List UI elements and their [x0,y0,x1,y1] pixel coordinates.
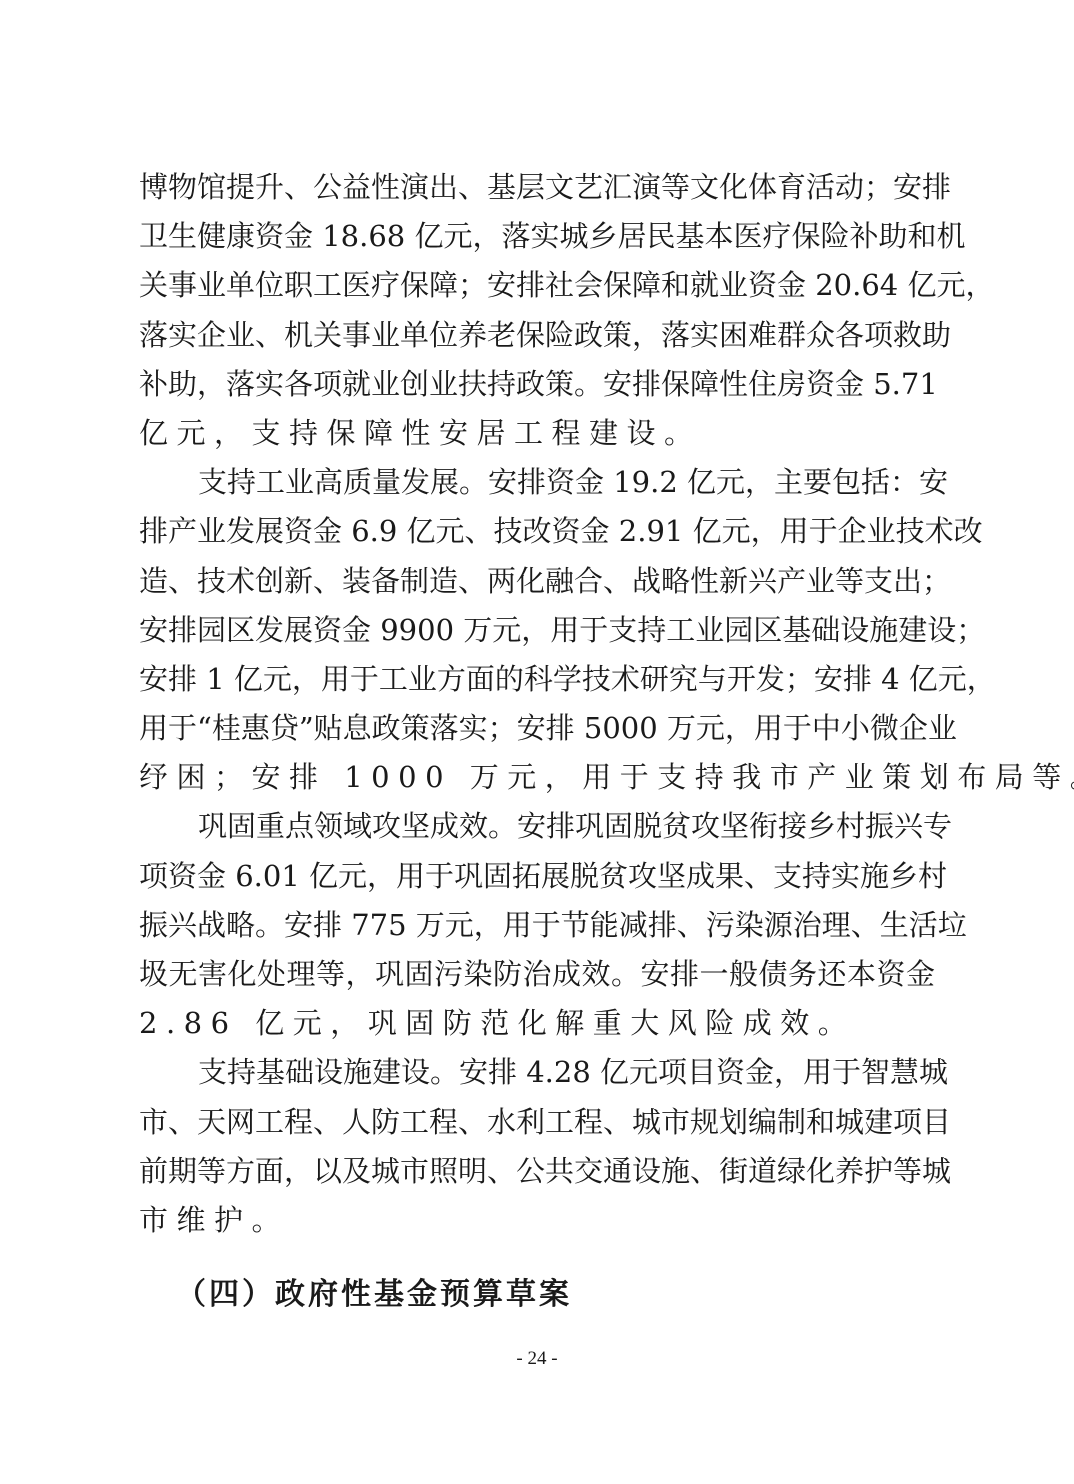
text-line: 造、技术创新、装备制造、两化融合、战略性新兴产业等支出； [139,557,935,606]
text-line: 安排 1 亿元，用于工业方面的科学技术研究与开发；安排 4 亿元， [139,655,935,704]
paragraph-support-industry-development: 支持工业高质量发展。安排资金 19.2 亿元，主要包括：安 排产业发展资金 6.… [139,458,935,802]
text-line: 支持工业高质量发展。安排资金 19.2 亿元，主要包括：安 [139,458,935,507]
text-line: 项资金 6.01 亿元，用于巩固拓展脱贫攻坚成果、支持实施乡村 [139,852,935,901]
text-line: 排产业发展资金 6.9 亿元、技改资金 2.91 亿元，用于企业技术改 [139,507,935,556]
text-line: 市维护。 [139,1196,935,1245]
text-line: 巩固重点领域攻坚成效。安排巩固脱贫攻坚衔接乡村振兴专 [139,802,935,851]
text-line: 卫生健康资金 18.68 亿元，落实城乡居民基本医疗保险补助和机 [139,212,935,261]
paragraph-consolidate-key-areas: 巩固重点领域攻坚成效。安排巩固脱贫攻坚衔接乡村振兴专 项资金 6.01 亿元，用… [139,802,935,1048]
text-line: 用于“桂惠贷”贴息政策落实；安排 5000 万元，用于中小微企业 [139,704,935,753]
paragraph-culture-health-social-security: 博物馆提升、公益性演出、基层文艺汇演等文化体育活动；安排 卫生健康资金 18.6… [139,163,935,458]
text-line: 圾无害化处理等，巩固污染防治成效。安排一般债务还本资金 [139,950,935,999]
text-line: 纾困；安排 1000 万元，用于支持我市产业策划布局等。 [139,753,935,802]
text-line: 安排园区发展资金 9900 万元，用于支持工业园区基础设施建设； [139,606,935,655]
text-line: 市、天网工程、人防工程、水利工程、城市规划编制和城建项目 [139,1098,935,1147]
text-line: 关事业单位职工医疗保障；安排社会保障和就业资金 20.64 亿元， [139,261,935,310]
page-number: - 24 - [0,1347,1074,1371]
document-page: 博物馆提升、公益性演出、基层文艺汇演等文化体育活动；安排 卫生健康资金 18.6… [0,0,1074,1484]
paragraph-support-infrastructure: 支持基础设施建设。安排 4.28 亿元项目资金，用于智慧城 市、天网工程、人防工… [139,1048,935,1245]
text-line: 亿元，支持保障性安居工程建设。 [139,409,935,458]
text-line: 2.86 亿元，巩固防范化解重大风险成效。 [139,999,935,1048]
section-heading: （四）政府性基金预算草案 [176,1275,572,1315]
text-line: 前期等方面，以及城市照明、公共交通设施、街道绿化养护等城 [139,1147,935,1196]
text-line: 支持基础设施建设。安排 4.28 亿元项目资金，用于智慧城 [139,1048,935,1097]
text-line: 博物馆提升、公益性演出、基层文艺汇演等文化体育活动；安排 [139,163,935,212]
text-line: 振兴战略。安排 775 万元，用于节能减排、污染源治理、生活垃 [139,901,935,950]
body-text: 博物馆提升、公益性演出、基层文艺汇演等文化体育活动；安排 卫生健康资金 18.6… [139,163,935,1245]
text-line: 补助，落实各项就业创业扶持政策。安排保障性住房资金 5.71 [139,360,935,409]
text-line: 落实企业、机关事业单位养老保险政策，落实困难群众各项救助 [139,311,935,360]
